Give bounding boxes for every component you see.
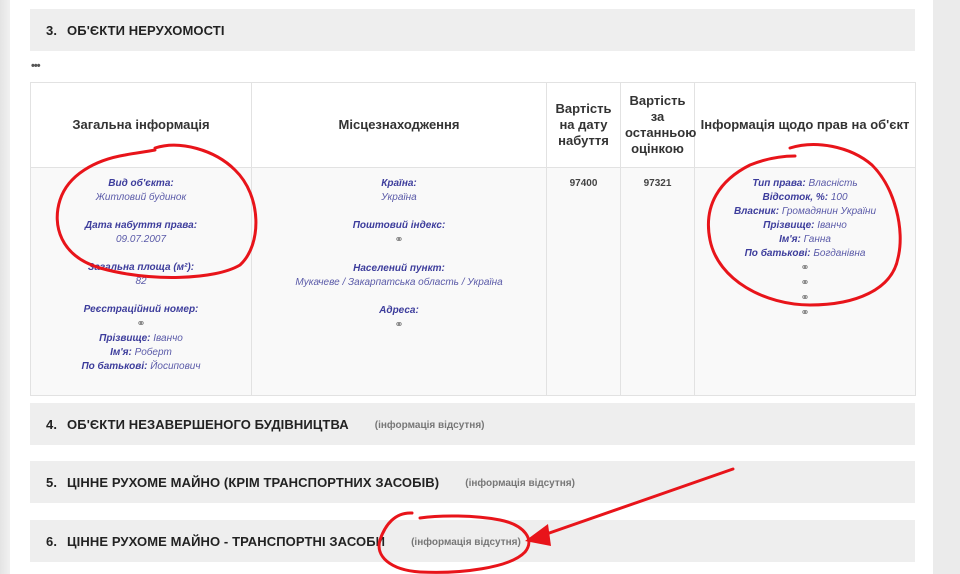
section-3-title: 3.ОБ'ЄКТИ НЕРУХОМОСТІ [46,23,225,38]
owner-value: Громадянин України [782,206,876,217]
acq-date-label: Дата набуття права: [32,219,250,233]
patronymic-label: По батькові: [81,361,147,372]
hidden-data-icon: ⚭ [800,261,809,275]
country-label: Країна: [253,177,545,191]
surname-value: Іванчо [817,220,847,231]
patronymic-value: Йосипович [150,361,200,372]
page-left-shadow [0,0,10,574]
address-label: Адреса: [253,304,545,318]
country-value: Україна [253,191,545,205]
hidden-data-icon: ⚭ [800,291,809,305]
area-label: Загальна площа (м²): [32,261,250,275]
header-cost-valuation: Вартість за останньою оцінкою [621,83,695,168]
name-value: Роберт [135,347,172,358]
table-row: Вид об'єкта: Житловий будинок Дата набут… [31,168,916,396]
header-cost-acquisition: Вартість на дату набуття [547,83,621,168]
name-label: Ім'я: [110,347,132,358]
reg-number-label: Реєстраційний номер: [32,303,250,317]
acq-date-value: 09.07.2007 [32,233,250,247]
cell-rights-info: Тип права: Власність Відсоток, %: 100 Вл… [695,168,916,396]
cell-general-info: Вид об'єкта: Житловий будинок Дата набут… [31,168,252,396]
surname-label: Прізвище: [763,220,814,231]
section-5-title: 5.ЦІННЕ РУХОМЕ МАЙНО (КРІМ ТРАНСПОРТНИХ … [46,475,439,490]
section-6-no-info: (інформація відсутня) [411,537,521,548]
right-type-value: Власність [808,178,857,189]
more-indicator[interactable]: ••• [31,60,40,72]
cell-cost-acquisition: 97400 [547,168,621,396]
section-3-header[interactable]: 3.ОБ'ЄКТИ НЕРУХОМОСТІ [30,9,915,51]
object-type-label: Вид об'єкта: [32,177,250,191]
name-label: Ім'я: [779,234,801,245]
section-4-header[interactable]: 4.ОБ'ЄКТИ НЕЗАВЕРШЕНОГО БУДІВНИЦТВА (інф… [30,403,915,445]
hidden-data-icon: ⚭ [136,317,145,331]
surname-value: Іванчо [153,333,183,344]
share-value: 100 [831,192,848,203]
postal-label: Поштовий індекс: [253,219,545,233]
right-type-label: Тип права: [752,178,805,189]
real-estate-table: Загальна інформація Місцезнаходження Вар… [30,82,916,396]
hidden-data-icon: ⚭ [394,233,403,247]
owner-label: Власник: [734,206,779,217]
patronymic-value: Богданівна [813,248,865,259]
section-5-header[interactable]: 5.ЦІННЕ РУХОМЕ МАЙНО (КРІМ ТРАНСПОРТНИХ … [30,461,915,503]
header-location: Місцезнаходження [252,83,547,168]
name-value: Ганна [804,234,831,245]
patronymic-label: По батькові: [745,248,811,259]
header-rights-info: Інформація щодо прав на об'єкт [695,83,916,168]
section-4-no-info: (інформація відсутня) [375,420,485,431]
section-5-no-info: (інформація відсутня) [465,478,575,489]
header-general-info: Загальна інформація [31,83,252,168]
share-label: Відсоток, %: [762,192,828,203]
surname-label: Прізвище: [99,333,150,344]
section-4-title: 4.ОБ'ЄКТИ НЕЗАВЕРШЕНОГО БУДІВНИЦТВА [46,417,349,432]
city-label: Населений пункт: [253,262,545,276]
hidden-data-icon: ⚭ [394,318,403,332]
city-value: Мукачеве / Закарпатська область / Україн… [253,276,545,290]
cell-cost-valuation: 97321 [621,168,695,396]
hidden-data-icon: ⚭ [800,306,809,320]
section-6-title: 6.ЦІННЕ РУХОМЕ МАЙНО - ТРАНСПОРТНІ ЗАСОБ… [46,534,385,549]
hidden-data-icon: ⚭ [800,276,809,290]
section-6-header[interactable]: 6.ЦІННЕ РУХОМЕ МАЙНО - ТРАНСПОРТНІ ЗАСОБ… [30,520,915,562]
area-value: 82 [32,275,250,289]
cell-location: Країна: Україна Поштовий індекс: ⚭ Насел… [252,168,547,396]
object-type-value: Житловий будинок [32,191,250,205]
